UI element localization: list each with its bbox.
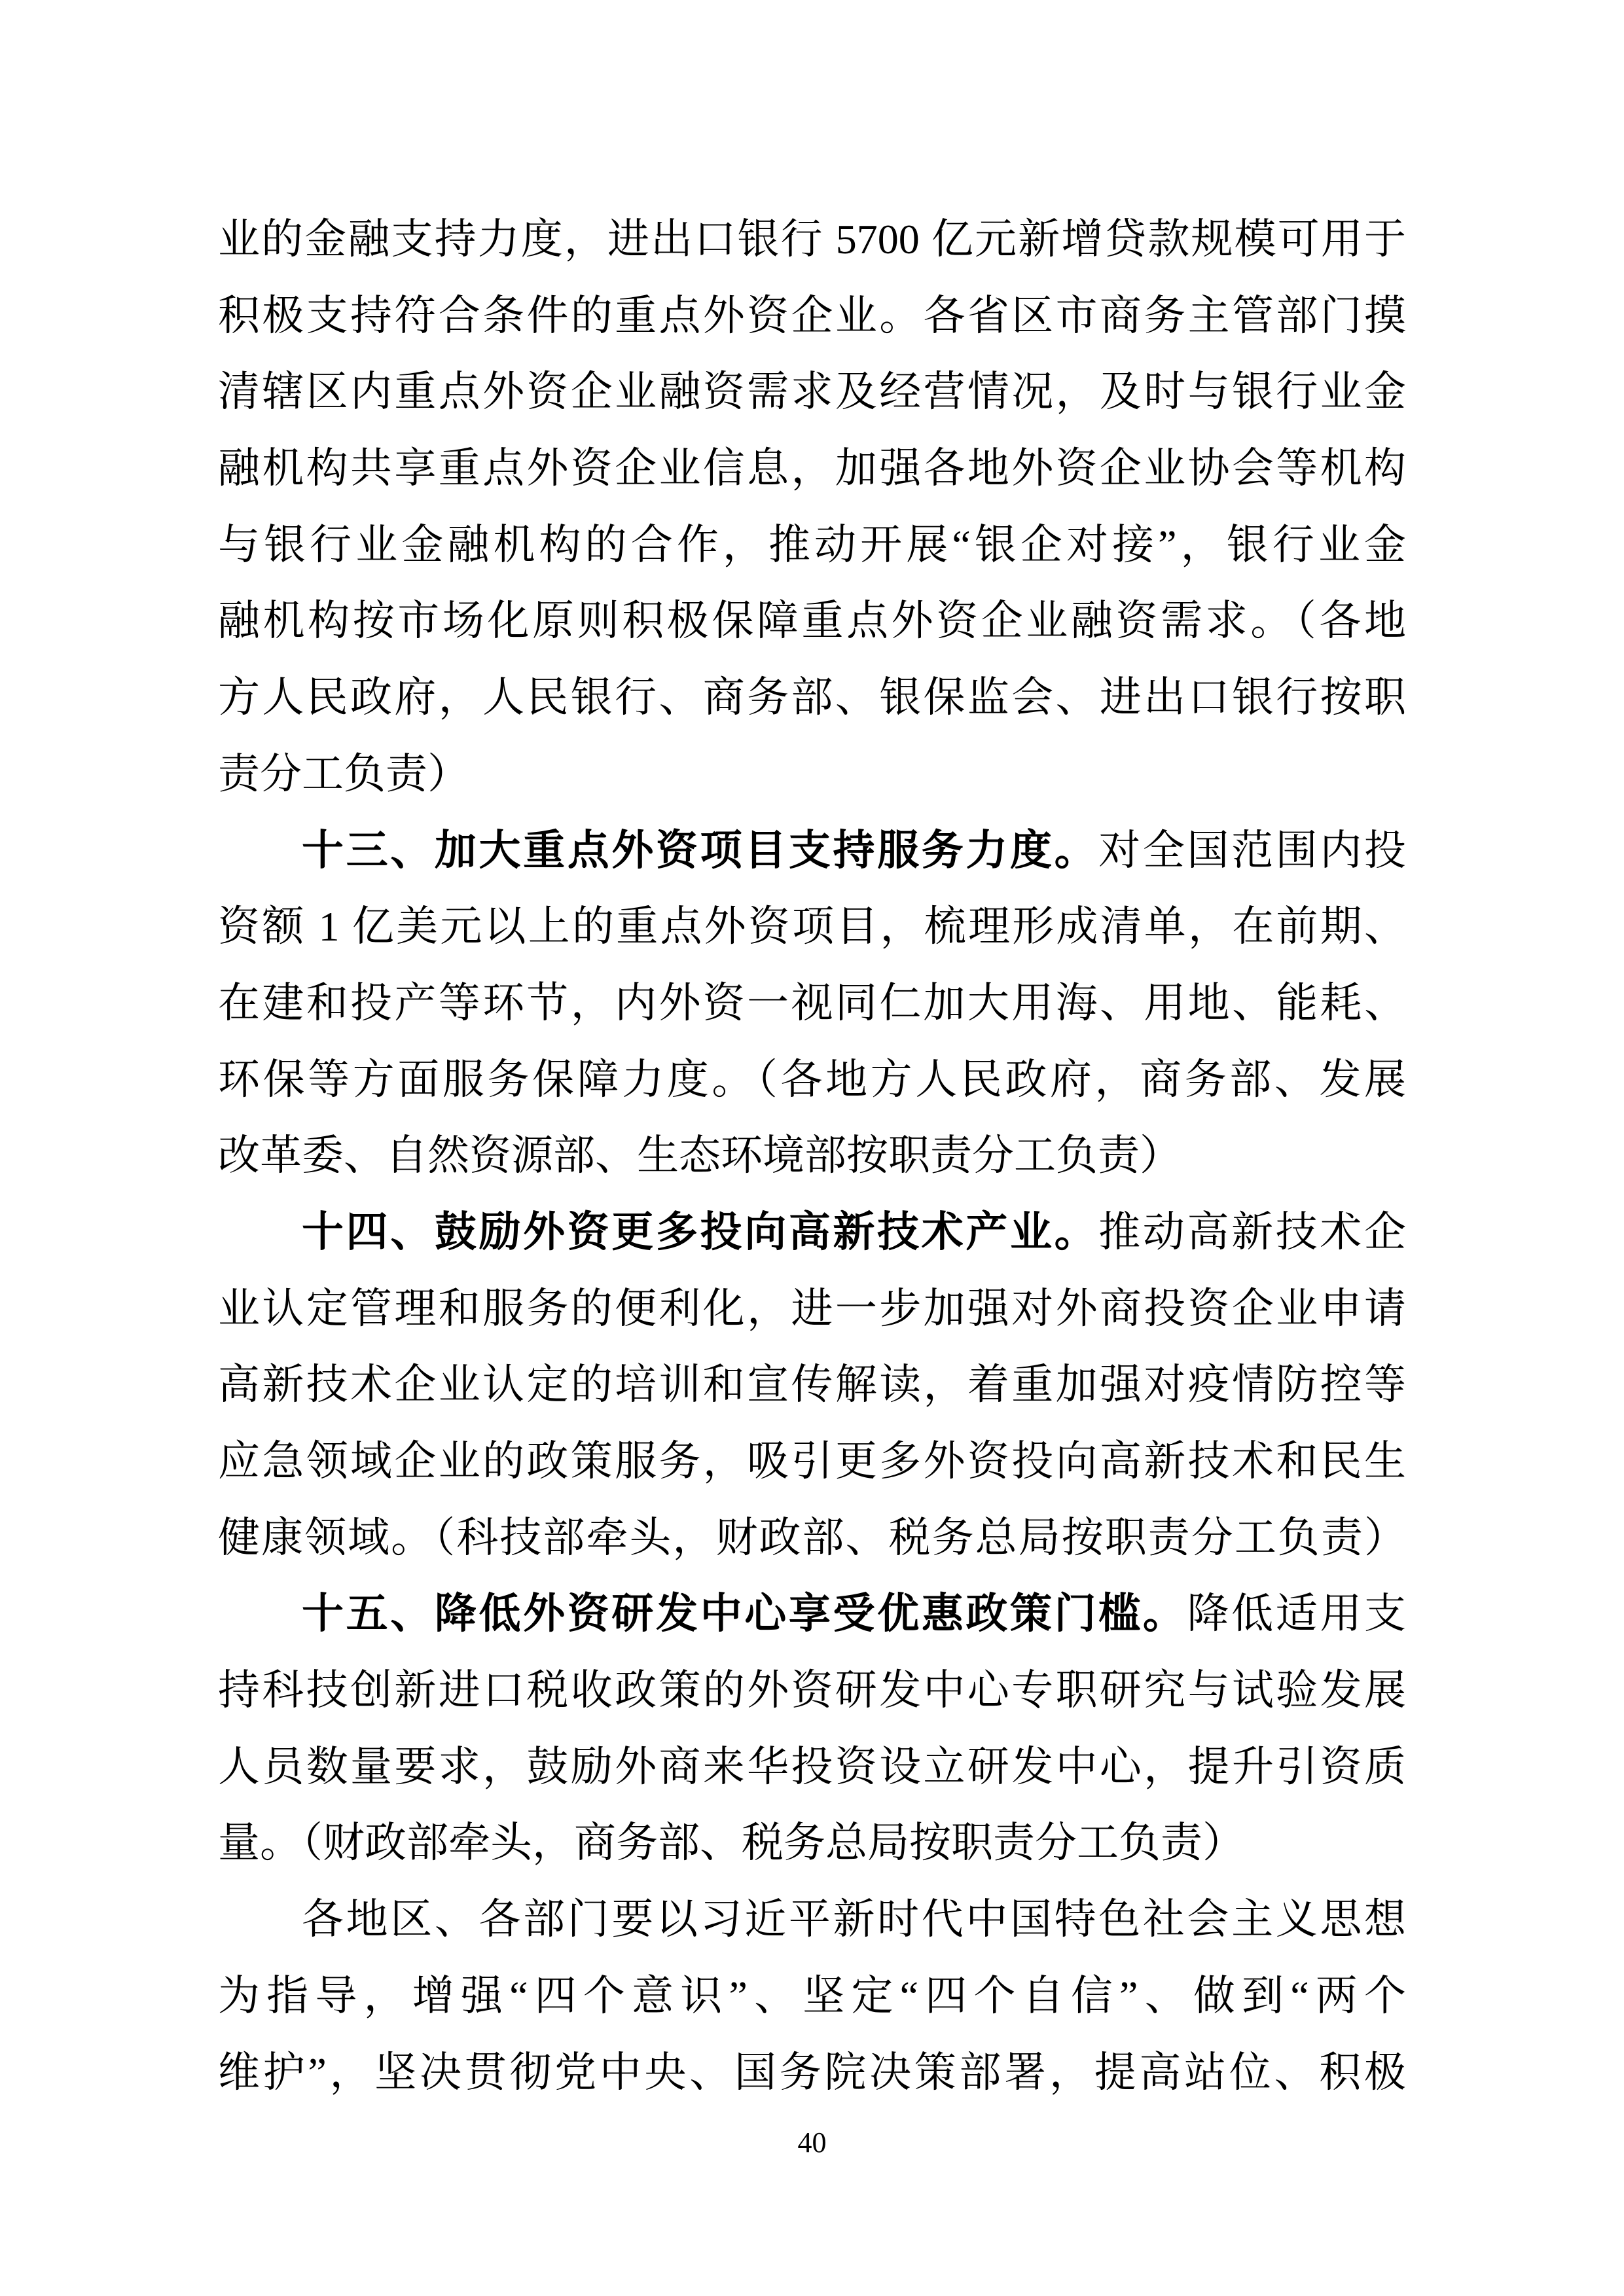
body-text-segment: 融机构共享重点外资企业信息，加强各地外资企业协会等机构 bbox=[218, 445, 1406, 492]
text-line: 十四、鼓励外资更多投向高新技术产业。推动高新技术企 bbox=[218, 1194, 1406, 1271]
body-text-segment: 清辖区内重点外资企业融资需求及经营情况，及时与银行业金 bbox=[218, 368, 1406, 415]
body-text-segment: 积极支持符合条件的重点外资企业。各省区市商务主管部门摸 bbox=[218, 293, 1406, 339]
body-text-segment: 持科技创新进口税收政策的外资研发中心专职研究与试验发展 bbox=[218, 1667, 1406, 1713]
text-line: 应急领域企业的政策服务，吸引更多外资投向高新技术和民生 bbox=[218, 1424, 1406, 1500]
body-text-segment: 资额 1 亿美元以上的重点外资项目，梳理形成清单，在前期、 bbox=[218, 903, 1406, 950]
text-line: 人员数量要求，鼓励外商来华投资设立研发中心，提升引资质 bbox=[218, 1729, 1406, 1806]
text-line: 融机构共享重点外资企业信息，加强各地外资企业协会等机构 bbox=[218, 431, 1406, 507]
text-line: 十五、降低外资研发中心享受优惠政策门槛。降低适用支 bbox=[218, 1576, 1406, 1653]
body-text-segment: 在建和投产等环节，内外资一视同仁加大用海、用地、能耗、 bbox=[218, 980, 1406, 1026]
body-text-segment: 业的金融支持力度，进出口银行 5700 亿元新增贷款规模可用于 bbox=[218, 216, 1406, 262]
text-line: 在建和投产等环节，内外资一视同仁加大用海、用地、能耗、 bbox=[218, 965, 1406, 1042]
body-text-segment: 融机构按市场化原则积极保障重点外资企业融资需求。（各地 bbox=[218, 598, 1406, 644]
text-line: 为指导，增强“四个意识”、坚定“四个自信”、做到“两个 bbox=[218, 1958, 1406, 2035]
text-line: 量。（财政部牵头，商务部、税务总局按职责分工负责） bbox=[218, 1805, 1406, 1882]
text-line: 业的金融支持力度，进出口银行 5700 亿元新增贷款规模可用于 bbox=[218, 202, 1406, 278]
body-text-segment: 业认定管理和服务的便利化，进一步加强对外商投资企业申请 bbox=[218, 1285, 1406, 1332]
body-text-segment: 降低适用支 bbox=[1187, 1590, 1407, 1637]
text-line: 健康领域。（科技部牵头，财政部、税务总局按职责分工负责） bbox=[218, 1500, 1406, 1577]
body-text-segment: 推动高新技术企 bbox=[1098, 1209, 1406, 1255]
heading-text-segment: 十四、鼓励外资更多投向高新技术产业。 bbox=[302, 1209, 1098, 1255]
text-line: 各地区、各部门要以习近平新时代中国特色社会主义思想 bbox=[218, 1882, 1406, 1958]
body-text-segment: 方人民政府，人民银行、商务部、银保监会、进出口银行按职 bbox=[218, 674, 1406, 721]
body-text-segment: 高新技术企业认定的培训和宣传解读，着重加强对疫情防控等 bbox=[218, 1361, 1406, 1408]
body-text-segment: 人员数量要求，鼓励外商来华投资设立研发中心，提升引资质 bbox=[218, 1744, 1406, 1790]
text-line: 高新技术企业认定的培训和宣传解读，着重加强对疫情防控等 bbox=[218, 1347, 1406, 1424]
document-body-text: 业的金融支持力度，进出口银行 5700 亿元新增贷款规模可用于积极支持符合条件的… bbox=[218, 202, 1406, 2111]
text-line: 业认定管理和服务的便利化，进一步加强对外商投资企业申请 bbox=[218, 1271, 1406, 1348]
text-line: 资额 1 亿美元以上的重点外资项目，梳理形成清单，在前期、 bbox=[218, 889, 1406, 965]
text-line: 十三、加大重点外资项目支持服务力度。对全国范围内投 bbox=[218, 813, 1406, 889]
heading-text-segment: 十三、加大重点外资项目支持服务力度。 bbox=[302, 827, 1098, 874]
body-text-segment: 对全国范围内投 bbox=[1098, 827, 1406, 874]
heading-text-segment: 十五、降低外资研发中心享受优惠政策门槛。 bbox=[302, 1590, 1187, 1637]
text-line: 方人民政府，人民银行、商务部、银保监会、进出口银行按职 bbox=[218, 660, 1406, 736]
body-text-segment: 量。（财政部牵头，商务部、税务总局按职责分工负责） bbox=[218, 1820, 1244, 1866]
body-text-segment: 健康领域。（科技部牵头，财政部、税务总局按职责分工负责） bbox=[218, 1515, 1406, 1561]
body-text-segment: 与银行业金融机构的合作，推动开展“银企对接”，银行业金 bbox=[218, 522, 1406, 568]
body-text-segment: 环保等方面服务保障力度。（各地方人民政府，商务部、发展 bbox=[218, 1056, 1406, 1103]
text-line: 融机构按市场化原则积极保障重点外资企业融资需求。（各地 bbox=[218, 583, 1406, 660]
text-line: 持科技创新进口税收政策的外资研发中心专职研究与试验发展 bbox=[218, 1653, 1406, 1729]
text-line: 改革委、自然资源部、生态环境部按职责分工负责） bbox=[218, 1118, 1406, 1194]
page-number: 40 bbox=[0, 2126, 1624, 2161]
body-text-segment: 为指导，增强“四个意识”、坚定“四个自信”、做到“两个 bbox=[218, 1973, 1406, 2019]
text-line: 积极支持符合条件的重点外资企业。各省区市商务主管部门摸 bbox=[218, 278, 1406, 355]
text-line: 清辖区内重点外资企业融资需求及经营情况，及时与银行业金 bbox=[218, 354, 1406, 431]
body-text-segment: 改革委、自然资源部、生态环境部按职责分工负责） bbox=[218, 1132, 1182, 1179]
body-text-segment: 各地区、各部门要以习近平新时代中国特色社会主义思想 bbox=[302, 1896, 1406, 1943]
text-line: 责分工负责） bbox=[218, 736, 1406, 813]
text-line: 环保等方面服务保障力度。（各地方人民政府，商务部、发展 bbox=[218, 1042, 1406, 1119]
body-text-segment: 责分工负责） bbox=[218, 751, 469, 797]
text-line: 维护”，坚决贯彻党中央、国务院决策部署，提高站位、积极 bbox=[218, 2035, 1406, 2111]
document-page: 业的金融支持力度，进出口银行 5700 亿元新增贷款规模可用于积极支持符合条件的… bbox=[0, 0, 1624, 2296]
body-text-segment: 应急领域企业的政策服务，吸引更多外资投向高新技术和民生 bbox=[218, 1438, 1406, 1484]
body-text-segment: 维护”，坚决贯彻党中央、国务院决策部署，提高站位、积极 bbox=[218, 2049, 1406, 2096]
text-line: 与银行业金融机构的合作，推动开展“银企对接”，银行业金 bbox=[218, 507, 1406, 584]
